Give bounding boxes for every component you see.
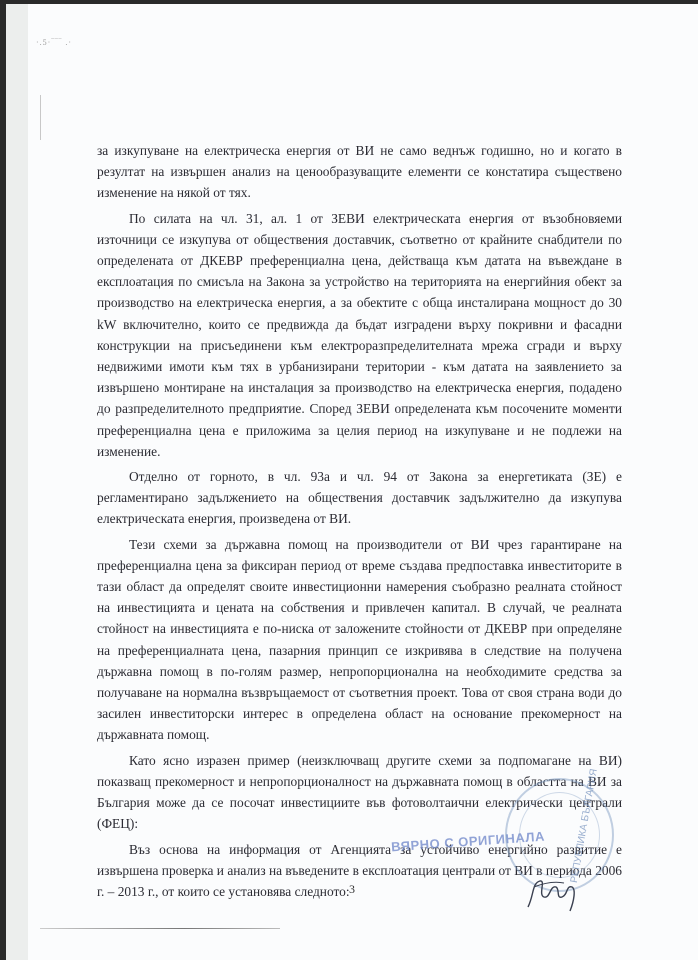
paragraph-1: за изкупуване на електрическа енергия от… [97,140,622,204]
bottom-rule [40,928,280,929]
signature-icon [520,865,590,915]
page-number: 3 [349,882,355,897]
margin-mark [40,95,41,140]
header-mark: ·.5·‾‾‾ .· [36,38,72,47]
paragraph-3: Отделно от горното, в чл. 93а и чл. 94 о… [97,466,622,530]
scan-edge [6,4,28,960]
paragraph-2: По силата на чл. 31, ал. 1 от ЗЕВИ елект… [97,208,622,462]
paragraph-4: Тези схеми за държавна помощ на производ… [97,534,622,746]
